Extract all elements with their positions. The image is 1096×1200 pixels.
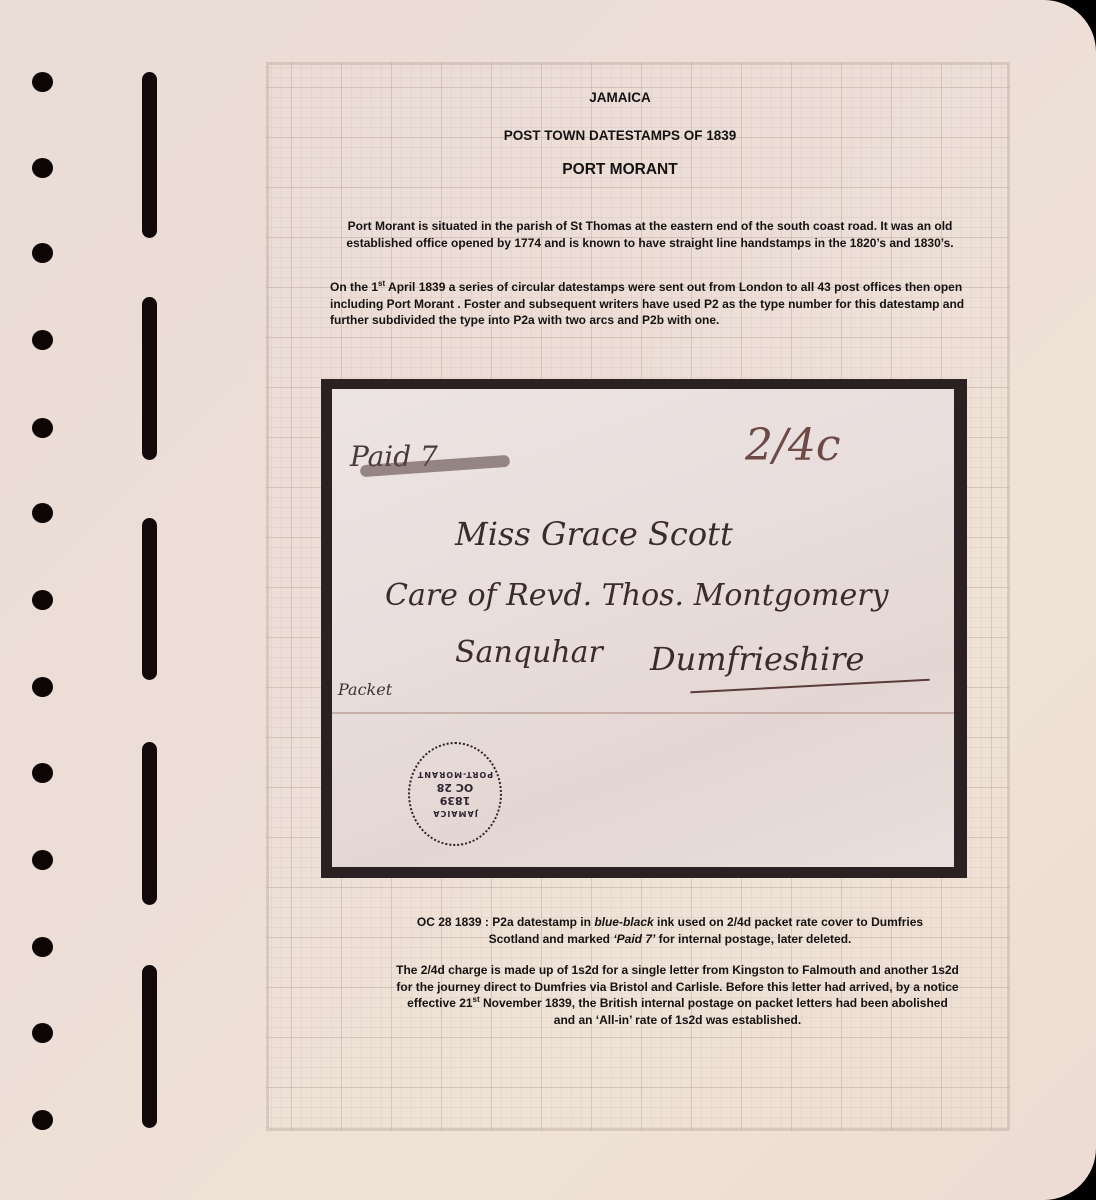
binder-slot bbox=[142, 965, 157, 1128]
binder-hole bbox=[32, 418, 53, 438]
album-page: JAMAICA POST TOWN DATESTAMPS OF 1839 POR… bbox=[0, 0, 1096, 1200]
binder-hole bbox=[32, 503, 53, 523]
binder-hole bbox=[32, 590, 53, 610]
manuscript-rate: 2/4c bbox=[745, 420, 840, 471]
postmark-arc-bottom: PORT-MORANT bbox=[417, 768, 493, 781]
page-subtitle: POST TOWN DATESTAMPS OF 1839 bbox=[300, 128, 940, 143]
notes-text: November 1839, the British internal post… bbox=[480, 996, 948, 1027]
packet-note: Packet bbox=[338, 680, 392, 699]
ordinal-suffix: st bbox=[473, 995, 480, 1004]
binder-hole bbox=[32, 677, 53, 697]
intro-text: April 1839 a series of circular datestam… bbox=[330, 280, 964, 327]
binder-slot bbox=[142, 72, 157, 238]
intro-text: On the 1 bbox=[330, 280, 378, 294]
binder-hole bbox=[32, 243, 53, 263]
binder-hole bbox=[32, 330, 53, 350]
cover-caption: OC 28 1839 : P2a datestamp in blue-black… bbox=[395, 914, 945, 947]
rate-notes: The 2/4d charge is made up of 1s2d for a… bbox=[395, 962, 960, 1028]
postmark-year: 1839 bbox=[440, 794, 471, 807]
circular-datestamp: JAMAICA 1839 OC 28 PORT-MORANT bbox=[408, 742, 502, 846]
binder-slot bbox=[142, 518, 157, 680]
caption-marking-emphasis: ‘Paid 7’ bbox=[613, 932, 655, 946]
address-line-4: Dumfrieshire bbox=[650, 640, 864, 678]
address-line-2: Care of Revd. Thos. Montgomery bbox=[385, 578, 889, 613]
caption-text: for internal postage, later deleted. bbox=[655, 932, 851, 946]
address-line-1: Miss Grace Scott bbox=[455, 515, 733, 553]
binder-hole bbox=[32, 937, 53, 957]
address-line-3: Sanquhar bbox=[455, 635, 603, 670]
binder-hole bbox=[32, 850, 53, 870]
binder-hole bbox=[32, 72, 53, 92]
binder-slot bbox=[142, 742, 157, 905]
binder-hole bbox=[32, 158, 53, 178]
postmark-arc-top: JAMAICA bbox=[432, 807, 477, 820]
binder-hole bbox=[32, 1023, 53, 1043]
intro-paragraph-2: On the 1st April 1839 a series of circul… bbox=[330, 279, 970, 329]
page-title-town: PORT MORANT bbox=[300, 161, 940, 179]
intro-paragraph-1: Port Morant is situated in the parish of… bbox=[330, 218, 970, 251]
caption-text: OC 28 1839 : P2a datestamp in bbox=[417, 915, 594, 929]
postmark-date: OC 28 bbox=[437, 781, 474, 794]
page-title-country: JAMAICA bbox=[300, 90, 940, 105]
caption-ink-emphasis: blue-black bbox=[594, 915, 653, 929]
binder-hole bbox=[32, 1110, 53, 1130]
binder-hole bbox=[32, 763, 53, 783]
cover-fold-line bbox=[332, 712, 954, 714]
binder-slot bbox=[142, 297, 157, 460]
